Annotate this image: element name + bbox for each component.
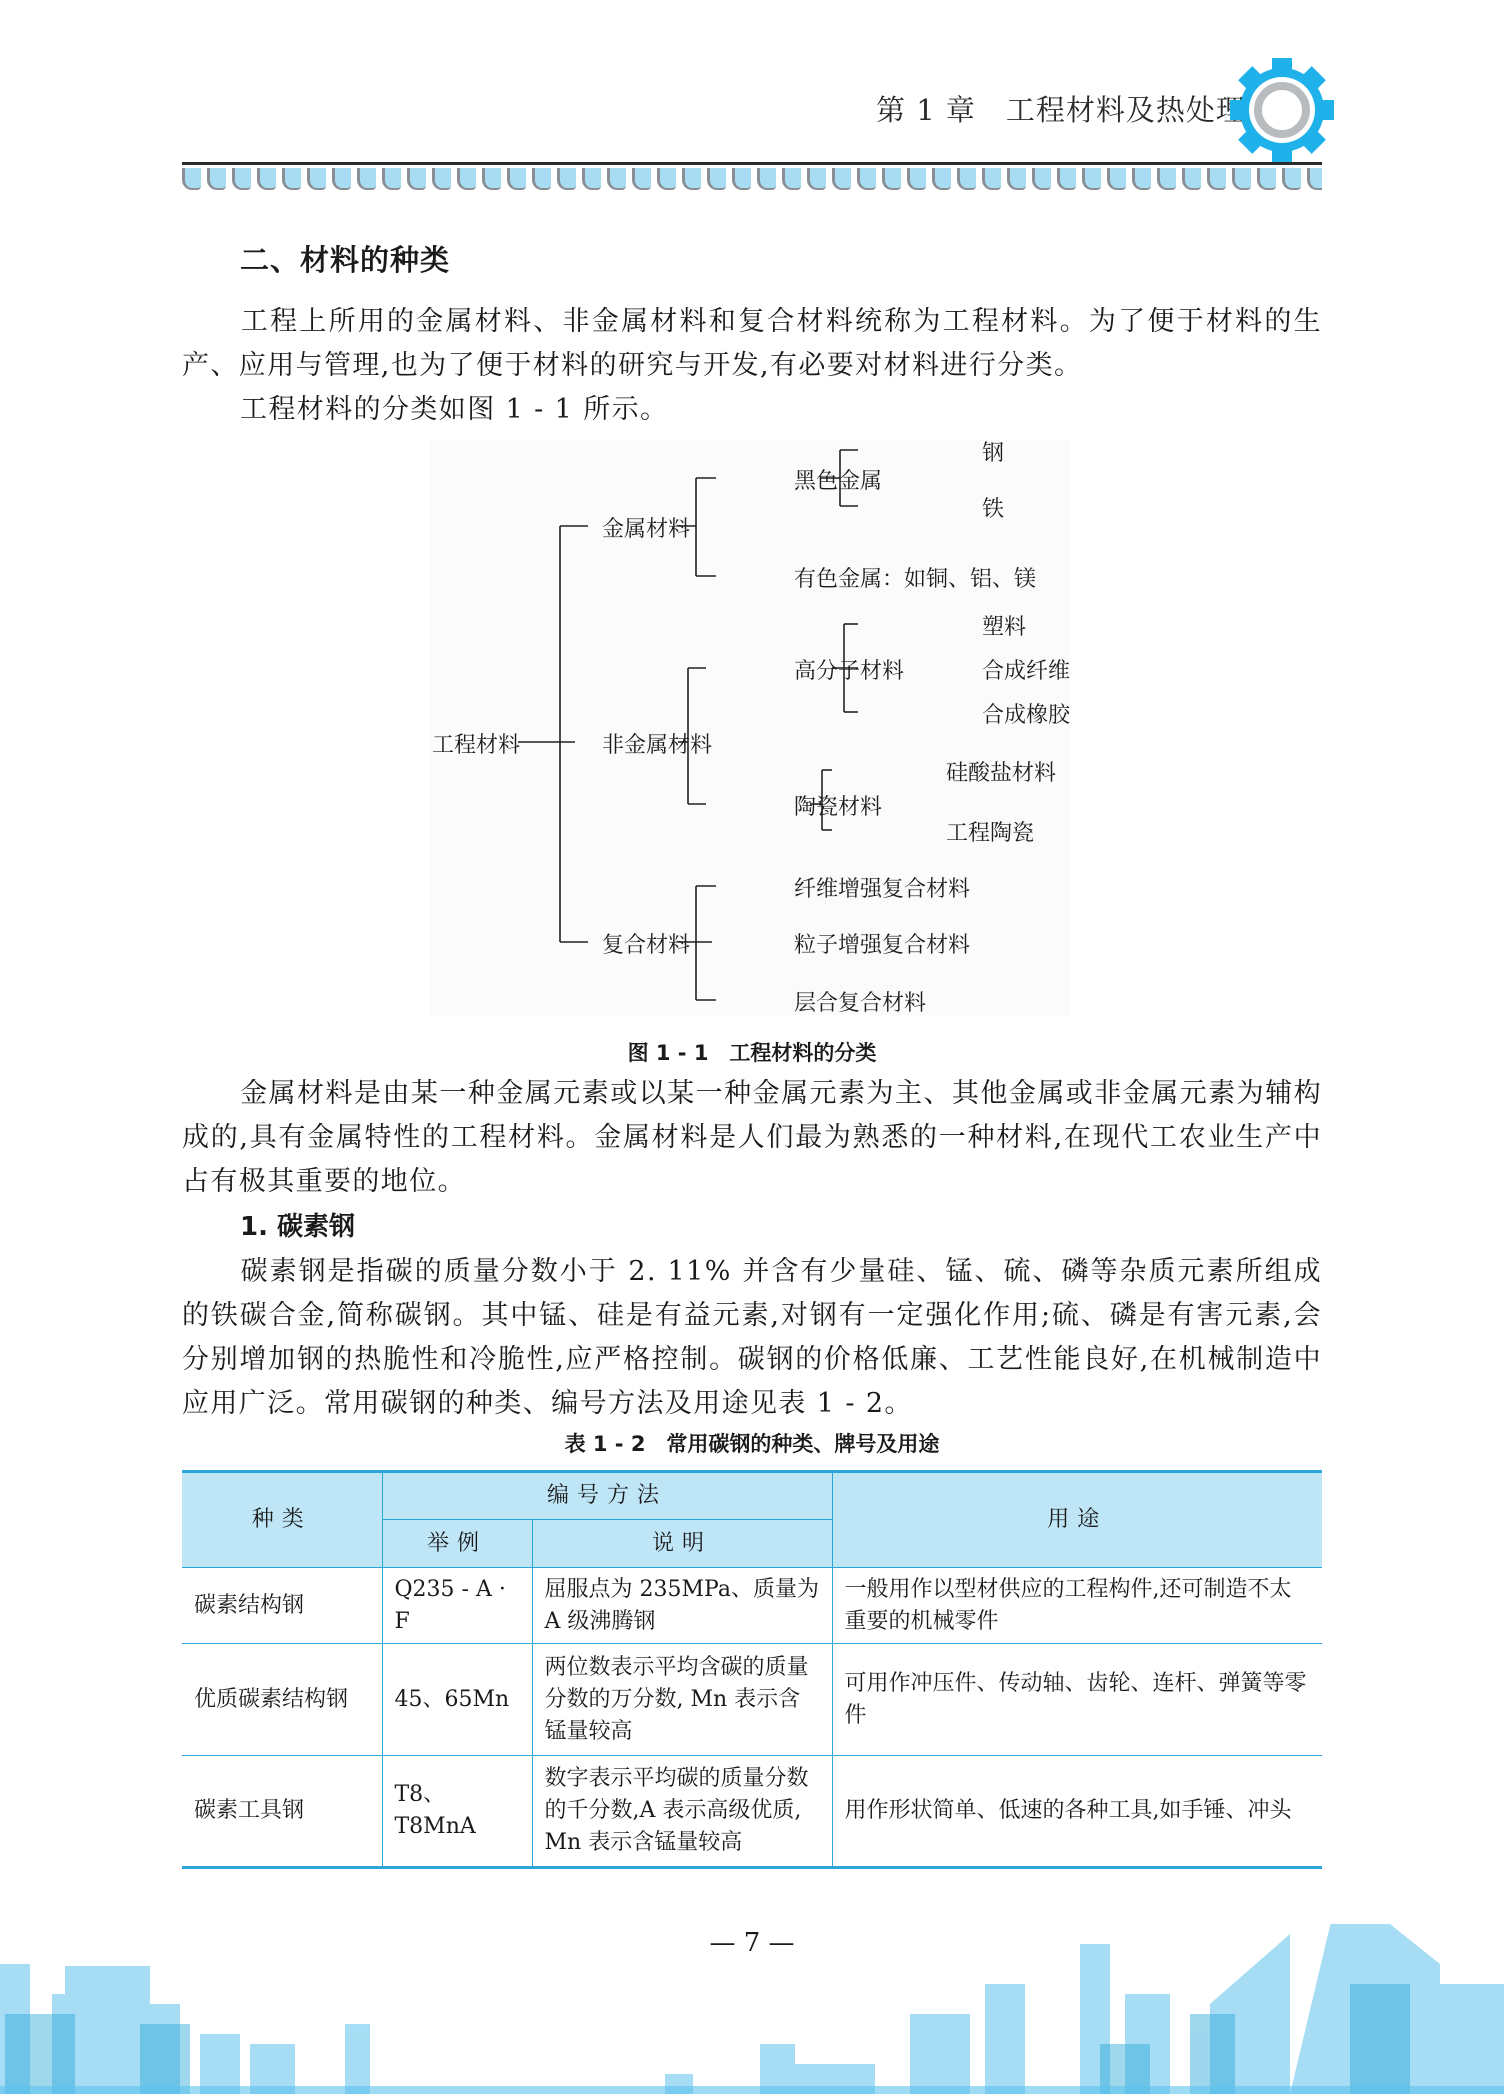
- chapter-header: 第 1 章工程材料及热处理: [876, 88, 1246, 129]
- figure-caption: 图 1 - 1 工程材料的分类: [0, 1037, 1504, 1067]
- cell-example: 45、65Mn: [382, 1644, 532, 1756]
- metals-paragraph: 金属材料是由某一种金属元素或以某一种金属元素为主、其他金属或非金属元素为辅构成的…: [182, 1072, 1322, 1204]
- diagram-connectors: [430, 440, 1070, 1015]
- header-usage: 用途: [832, 1472, 1322, 1568]
- node-ceramic: 陶瓷材料: [794, 790, 882, 821]
- node-laminate-composite: 层合复合材料: [794, 986, 926, 1017]
- decorative-tab-strip: [182, 168, 1322, 192]
- header-explanation: 说明: [532, 1520, 832, 1568]
- header-type: 种类: [182, 1472, 382, 1568]
- node-polymer: 高分子材料: [794, 654, 904, 685]
- node-fiber-composite: 纤维增强复合材料: [794, 872, 970, 903]
- cell-usage: 可用作冲压件、传动轴、齿轮、连杆、弹簧等零件: [832, 1644, 1322, 1756]
- node-steel: 钢: [982, 436, 1004, 467]
- node-synthetic-rubber: 合成橡胶: [982, 698, 1070, 729]
- intro-paragraph-text: 工程上所用的金属材料、非金属材料和复合材料统称为工程材料。为了便于材料的生产、应…: [182, 306, 1322, 381]
- node-iron: 铁: [982, 492, 1004, 523]
- node-nonmetal: 非金属材料: [602, 728, 712, 759]
- cell-type: 碳素工具钢: [182, 1756, 382, 1868]
- intro-paragraph: 工程上所用的金属材料、非金属材料和复合材料统称为工程材料。为了便于材料的生产、应…: [182, 300, 1322, 388]
- chapter-title: 工程材料及热处理: [1006, 93, 1246, 127]
- gear-icon: [1228, 56, 1336, 164]
- node-synthetic-fiber: 合成纤维: [982, 654, 1070, 685]
- node-particle-composite: 粒子增强复合材料: [794, 928, 970, 959]
- node-nonferrous: 有色金属：如铜、铝、镁: [794, 562, 1036, 593]
- cell-type: 碳素结构钢: [182, 1568, 382, 1644]
- carbon-steel-paragraph-text: 碳素钢是指碳的质量分数小于 2. 11% 并含有少量硅、锰、硫、磷等杂质元素所组…: [182, 1256, 1322, 1419]
- subheading-carbon-steel: 1. 碳素钢: [240, 1206, 355, 1243]
- metals-paragraph-text: 金属材料是由某一种金属元素或以某一种金属元素为主、其他金属或非金属元素为辅构成的…: [182, 1078, 1322, 1197]
- node-root: 工程材料: [432, 728, 520, 759]
- cell-type: 优质碳素结构钢: [182, 1644, 382, 1756]
- header-rule: [182, 162, 1322, 165]
- node-plastic: 塑料: [982, 610, 1026, 641]
- cell-example: T8、T8MnA: [382, 1756, 532, 1868]
- cell-explanation: 数字表示平均碳的质量分数的千分数,A 表示高级优质, Mn 表示含锰量较高: [532, 1756, 832, 1868]
- carbon-steel-paragraph: 碳素钢是指碳的质量分数小于 2. 11% 并含有少量硅、锰、硫、磷等杂质元素所组…: [182, 1250, 1322, 1426]
- cell-explanation: 屈服点为 235MPa、质量为 A 级沸腾钢: [532, 1568, 832, 1644]
- cell-usage: 用作形状简单、低速的各种工具,如手锤、冲头: [832, 1756, 1322, 1868]
- cell-example: Q235 - A · F: [382, 1568, 532, 1644]
- node-ferrous: 黑色金属: [794, 464, 882, 495]
- city-skyline-decoration: [0, 1924, 1504, 2094]
- node-silicate: 硅酸盐材料: [946, 756, 1056, 787]
- node-metal: 金属材料: [602, 512, 690, 543]
- table-row: 优质碳素结构钢 45、65Mn 两位数表示平均含碳的质量分数的万分数, Mn 表…: [182, 1644, 1322, 1756]
- chapter-number: 第 1 章: [876, 93, 976, 127]
- header-numbering: 编号方法: [382, 1472, 832, 1520]
- node-engineering-ceramic: 工程陶瓷: [946, 816, 1034, 847]
- table-caption: 表 1 - 2 常用碳钢的种类、牌号及用途: [0, 1428, 1504, 1458]
- figure-ref-paragraph: 工程材料的分类如图 1 - 1 所示。: [182, 388, 1322, 432]
- section-heading: 二、材料的种类: [240, 238, 450, 279]
- cell-explanation: 两位数表示平均含碳的质量分数的万分数, Mn 表示含锰量较高: [532, 1644, 832, 1756]
- cell-usage: 一般用作以型材供应的工程构件,还可制造不太重要的机械零件: [832, 1568, 1322, 1644]
- table-row: 碳素结构钢 Q235 - A · F 屈服点为 235MPa、质量为 A 级沸腾…: [182, 1568, 1322, 1644]
- header-example: 举例: [382, 1520, 532, 1568]
- carbon-steel-table: 种类 编号方法 用途 举例 说明 碳素结构钢 Q235 - A · F 屈服点为…: [182, 1470, 1322, 1869]
- figure-ref-text: 工程材料的分类如图 1 - 1 所示。: [240, 394, 668, 425]
- table-row: 碳素工具钢 T8、T8MnA 数字表示平均碳的质量分数的千分数,A 表示高级优质…: [182, 1756, 1322, 1868]
- classification-diagram: 工程材料 金属材料 黑色金属 钢 铁 有色金属：如铜、铝、镁 非金属材料 高分子…: [430, 440, 1070, 1015]
- node-composite: 复合材料: [602, 928, 690, 959]
